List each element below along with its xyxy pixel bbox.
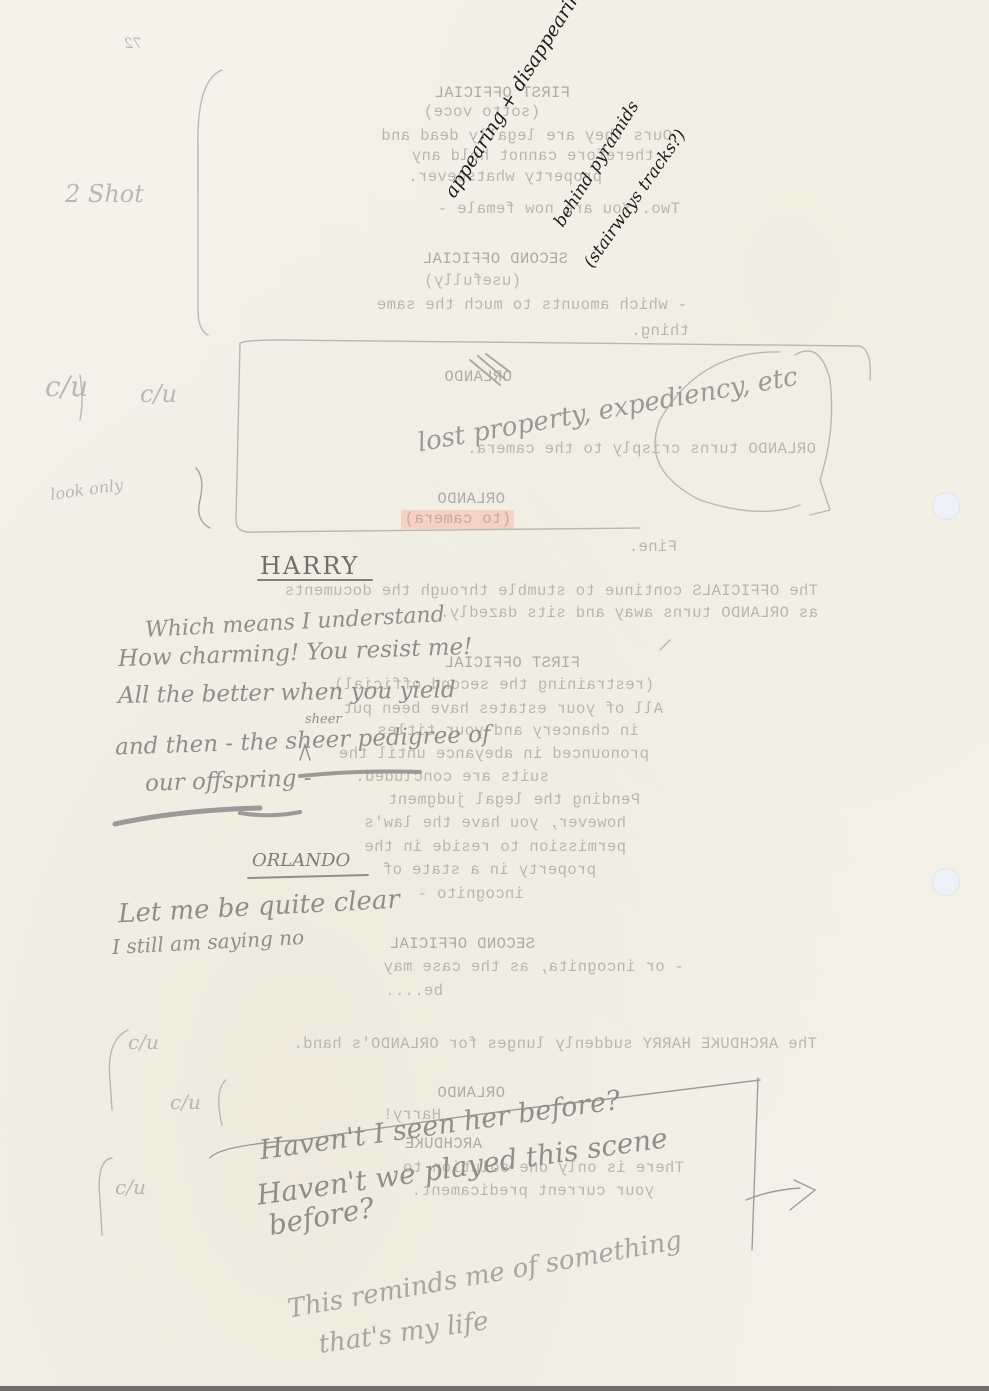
margin-note-cu: c/u bbox=[140, 380, 177, 408]
margin-note-cu: c/u bbox=[170, 1090, 201, 1114]
margin-note-2shot: 2 Shot bbox=[65, 180, 144, 208]
speaker-harry: HARRY bbox=[260, 552, 360, 580]
margin-note-cu: c/u bbox=[128, 1030, 159, 1054]
scanned-script-page: FIRST OFFICIAL (sotto voce) Ours they ar… bbox=[0, 0, 989, 1391]
speaker-orlando: ORLANDO bbox=[252, 850, 350, 871]
scan-bottom-edge bbox=[0, 1386, 989, 1391]
margin-note-cu: c/u bbox=[115, 1175, 146, 1199]
insert-word-sheer: sheer bbox=[305, 712, 342, 727]
margin-note-cu: c/u bbox=[45, 370, 88, 403]
